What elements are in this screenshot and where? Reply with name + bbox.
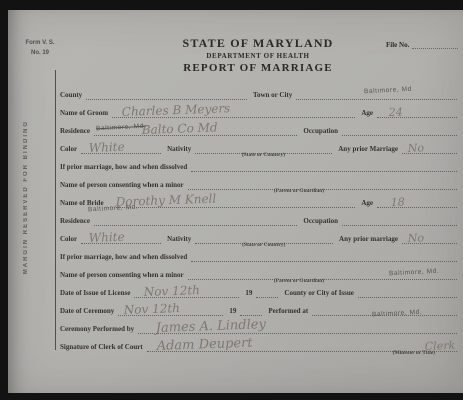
row-bride-residence: Residence Occupation xyxy=(60,208,457,226)
form-body: County Town or City Baltimore, Md Name o… xyxy=(60,82,457,352)
groom-color-label: Color xyxy=(60,146,81,154)
row-performed-by: Ceremony Performed by James A. Lindley xyxy=(60,316,457,334)
groom-consent-line: (Parent or Guardian) xyxy=(188,176,457,190)
license-place-line xyxy=(358,284,457,298)
groom-prior-value: No xyxy=(408,141,425,155)
bride-name-line: Dorothy M Knell xyxy=(108,194,356,208)
binding-divider xyxy=(55,70,56,350)
groom-residence-line: Baltimore, Md. Balto Co Md xyxy=(94,122,297,136)
bride-color-label: Color xyxy=(60,236,81,244)
bride-age-line: 18 xyxy=(377,194,457,208)
row-ceremony-date: Date of Ceremony Nov 12th 19 Performed a… xyxy=(60,298,457,316)
bride-dissolved-line xyxy=(191,248,457,262)
license-year-prefix: 19 xyxy=(239,290,256,298)
performed-by-label: Ceremony Performed by xyxy=(60,326,138,334)
groom-dissolved-line xyxy=(191,158,457,172)
bride-color-line: White xyxy=(81,230,161,244)
groom-nativity-label: Nativity xyxy=(161,146,195,154)
state-title: STATE OF MARYLAND xyxy=(126,36,390,51)
bride-residence-line xyxy=(94,212,297,226)
row-bride-dissolved: If prior marriage, how and when dissolve… xyxy=(60,244,457,262)
bride-name-value: Dorothy M Knell xyxy=(115,192,216,209)
performed-at-line: Baltimore, Md. xyxy=(312,302,457,316)
clerk-signature-line: Adam Deupert Clerk (Minister or Title) xyxy=(147,338,457,352)
bride-occupation-label: Occupation xyxy=(297,218,342,226)
clerk-title-hint: (Minister or Title) xyxy=(393,351,435,357)
row-clerk-signature: Signature of Clerk of Court Adam Deupert… xyxy=(60,334,457,352)
groom-residence-value: Balto Co Md xyxy=(141,120,217,137)
row-bride-consent: Name of person consenting when a minor (… xyxy=(60,262,457,280)
ceremony-year-line xyxy=(240,302,262,316)
bride-prior-line: No xyxy=(402,230,457,244)
bride-prior-label: Any prior marriage xyxy=(333,236,402,244)
ceremony-date-line: Nov 12th xyxy=(118,302,223,316)
bride-consent-line: (Parent or Guardian) Baltimore, Md. xyxy=(188,266,457,280)
groom-residence-stamp: Baltimore, Md. xyxy=(96,123,147,133)
bride-dissolved-label: If prior marriage, how and when dissolve… xyxy=(60,254,191,262)
bride-age-value: 18 xyxy=(391,196,405,209)
license-place-label: County or City of Issue xyxy=(278,290,358,298)
ceremony-year-prefix: 19 xyxy=(223,308,240,316)
town-value-stamp: Baltimore, Md xyxy=(364,86,412,95)
file-no-line xyxy=(412,39,458,49)
groom-name-line: Charles B Meyers xyxy=(112,104,355,118)
row-county-town: County Town or City Baltimore, Md xyxy=(60,82,457,100)
row-groom-dissolved: If prior marriage, how and when dissolve… xyxy=(60,154,457,172)
binding-margin-text: MARGIN RESERVED FOR BINDING xyxy=(23,120,29,274)
bride-prior-value: No xyxy=(408,231,425,245)
scanned-document: Form V. S. No. 19 MARGIN RESERVED FOR BI… xyxy=(0,0,463,400)
groom-dissolved-label: If prior marriage, how and when dissolve… xyxy=(60,164,191,172)
document-header: STATE OF MARYLAND DEPARTMENT OF HEALTH R… xyxy=(126,36,390,74)
bride-occupation-line xyxy=(342,212,457,226)
license-date-label: Date of Issue of License xyxy=(60,290,134,298)
groom-nativity-line: (State or Country) xyxy=(195,140,332,154)
paper: Form V. S. No. 19 MARGIN RESERVED FOR BI… xyxy=(8,10,463,393)
bride-consent-label: Name of person consenting when a minor xyxy=(60,272,188,280)
groom-name-value: Charles B Meyers xyxy=(122,101,231,119)
row-groom-consent: Name of person consenting when a minor (… xyxy=(60,172,457,190)
groom-age-label: Age xyxy=(355,110,377,118)
town-line: Baltimore, Md xyxy=(296,86,457,100)
form-code-line1: Form V. S. xyxy=(20,38,60,48)
row-groom-name: Name of Groom Charles B Meyers Age 24 xyxy=(60,100,457,118)
performed-by-line: James A. Lindley xyxy=(138,320,457,334)
groom-prior-line: No xyxy=(402,140,457,154)
county-line xyxy=(86,86,247,100)
ceremony-date-label: Date of Ceremony xyxy=(60,308,118,316)
license-date-line: Nov 12th xyxy=(134,284,239,298)
county-label: County xyxy=(60,92,86,100)
form-code: Form V. S. No. 19 xyxy=(20,38,60,58)
form-code-line2: No. 19 xyxy=(20,48,60,58)
bride-consent-stamp: Baltimore, Md. xyxy=(389,268,440,278)
license-date-value: Nov 12th xyxy=(144,283,201,299)
groom-consent-label: Name of person consenting when a minor xyxy=(60,182,188,190)
groom-prior-label: Any prior Marriage xyxy=(332,146,402,154)
bride-color-value: White xyxy=(89,230,125,245)
row-bride-color: Color White Nativity (State or Country) … xyxy=(60,226,457,244)
row-groom-color: Color White Nativity (State or Country) … xyxy=(60,136,457,154)
groom-name-label: Name of Groom xyxy=(60,110,112,118)
clerk-signature-value: Adam Deupert xyxy=(156,336,252,354)
groom-color-line: White xyxy=(81,140,161,154)
department-subtitle: DEPARTMENT OF HEALTH xyxy=(126,52,390,60)
license-year-line xyxy=(256,284,278,298)
groom-age-value: 24 xyxy=(389,106,403,119)
groom-residence-label: Residence xyxy=(60,128,94,136)
ceremony-date-value: Nov 12th xyxy=(124,301,181,317)
report-title: REPORT OF MARRIAGE xyxy=(126,62,390,74)
groom-occupation-label: Occupation xyxy=(297,128,342,136)
file-no-label: File No. xyxy=(386,41,409,49)
bride-nativity-line: (State or Country) xyxy=(195,230,333,244)
file-no: File No. xyxy=(386,39,458,49)
performed-at-label: Performed at xyxy=(262,308,312,316)
groom-age-line: 24 xyxy=(377,104,457,118)
row-bride-name: Name of Bride Baltimore, Md. Dorothy M K… xyxy=(60,190,457,208)
groom-occupation-line xyxy=(342,122,457,136)
clerk-label: Signature of Clerk of Court xyxy=(60,344,147,352)
bride-nativity-label: Nativity xyxy=(161,236,195,244)
bride-residence-label: Residence xyxy=(60,218,94,226)
groom-color-value: White xyxy=(89,140,125,155)
bride-age-label: Age xyxy=(355,200,377,208)
row-groom-residence: Residence Baltimore, Md. Balto Co Md Occ… xyxy=(60,118,457,136)
row-license-date: Date of Issue of License Nov 12th 19 Cou… xyxy=(60,280,457,298)
town-label: Town or City xyxy=(247,92,296,100)
